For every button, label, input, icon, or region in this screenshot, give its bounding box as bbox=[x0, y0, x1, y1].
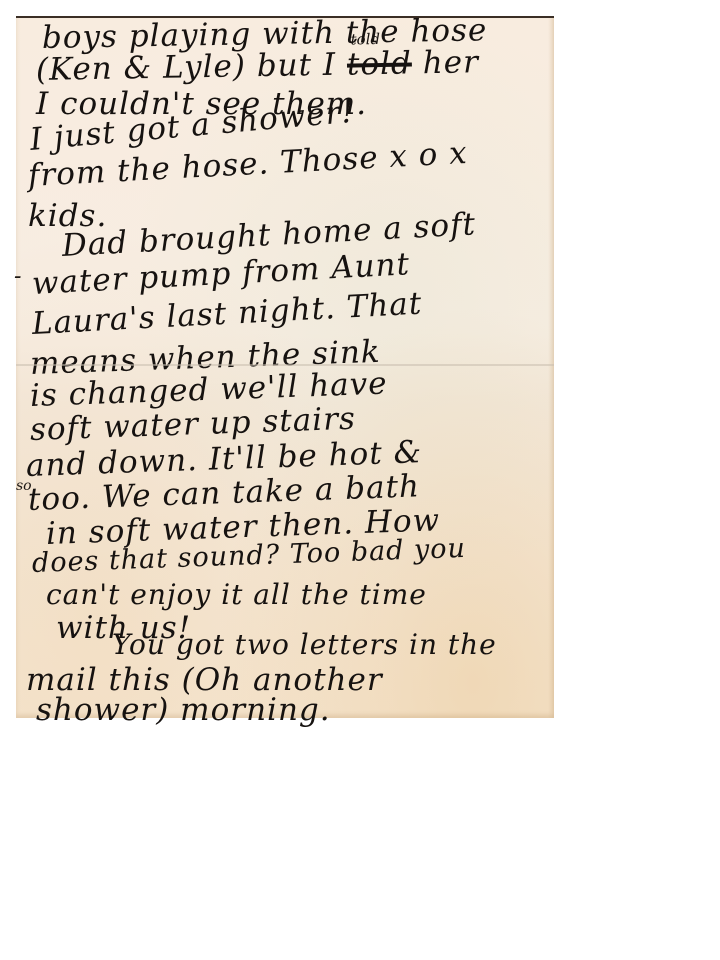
line-2-start: (Ken & Lyle) but I bbox=[36, 47, 348, 88]
letter-line-19: You got two letters in the bbox=[112, 628, 497, 661]
margin-mark-so: so bbox=[16, 478, 32, 494]
margin-mark-dash: - bbox=[14, 264, 21, 289]
letter-line-17: can't enjoy it all the time bbox=[46, 578, 427, 611]
letter-page: boys playing with the hose (Ken & Lyle) … bbox=[16, 16, 554, 718]
line-2-end: her bbox=[412, 44, 480, 81]
letter-line-2: (Ken & Lyle) but I toldtold her bbox=[36, 44, 479, 88]
struck-word: toldtold bbox=[347, 45, 413, 82]
letter-line-21: shower) morning. bbox=[36, 692, 331, 728]
inserted-word: told bbox=[350, 30, 380, 49]
